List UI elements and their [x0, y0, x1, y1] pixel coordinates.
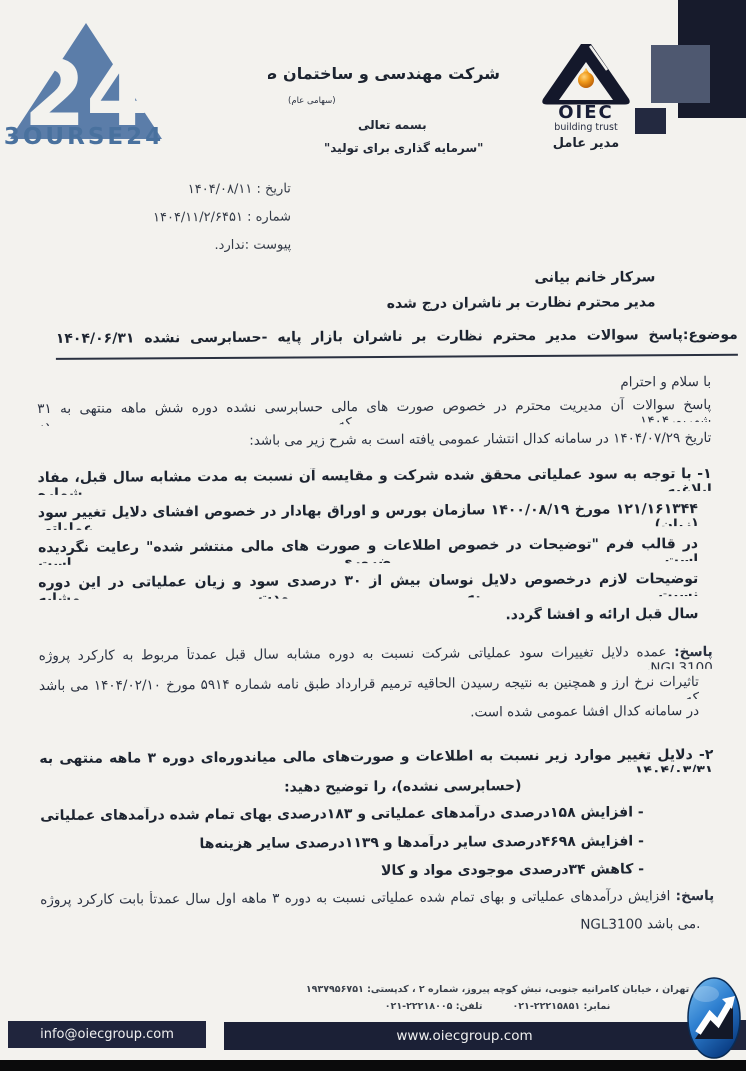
- answer-label: پاسخ:: [674, 644, 713, 660]
- recipient-title: مدیر محترم نظارت بر ناشران درج شده: [387, 294, 656, 312]
- letter-scan-page: 24 3OURSE24 شرکت مهندسی و ساختمان صنایع …: [0, 0, 746, 1071]
- question-2-line: (حسابرسی نشده)، را توضیح دهید:: [39, 777, 713, 806]
- footer-website-bar: www.oiecgroup.com: [224, 1022, 705, 1050]
- attachment-label: پیوست :: [245, 237, 292, 252]
- answer-1-line: تاثیرات نرخ ارز و همچنین به نتیجه رسیدن …: [39, 674, 713, 703]
- letter-date: تاریخ : ۱۴۰۴/۰۸/۱۱: [188, 181, 291, 197]
- answer-2-line: پاسخ: افزایش درآمدهای عملیاتی و بهای تما…: [40, 888, 714, 917]
- date-value: ۱۴۰۴/۰۸/۱۱: [188, 182, 253, 197]
- footer-fax: نمابر: ۰۲۱-۲۲۲۱۵۸۵۱: [512, 1001, 610, 1012]
- number-label: شماره :: [247, 209, 291, 224]
- letter-content: تاریخ : ۱۴۰۴/۰۸/۱۱ شماره : ۱۴۰۴/۱۱/۲/۶۴۵…: [0, 0, 746, 1071]
- footer-address: تهران ، خیابان کامرانیه جنوبی، نبش کوچه …: [285, 984, 710, 995]
- footer-email: info@oiecgroup.com: [40, 1027, 174, 1042]
- question-1-line: در قالب فرم "توضیحات در خصوص اطلاعات و ص…: [38, 536, 712, 565]
- question-2-bullet: - افزایش ۴۶۹۸درصدی سایر درآمدها و ۱۱۳۹در…: [40, 833, 714, 862]
- recipient-name: سرکار خانم بیانی: [534, 269, 655, 286]
- letter-attachment: پیوست :ندارد.: [214, 237, 291, 252]
- question-2-bullet: - کاهش ۳۴درصدی موجودی مواد و کالا: [40, 861, 714, 890]
- date-label: تاریخ :: [256, 181, 290, 196]
- footer-email-bar: info@oiecgroup.com: [8, 1021, 206, 1048]
- intro-line: تاریخ ۱۴۰۴/۰۷/۲۹ در سامانه کدال انتشار ع…: [37, 430, 711, 459]
- question-1-line: سال قبل ارائه و افشا گردد.: [38, 606, 712, 635]
- footer-website: www.oiecgroup.com: [396, 1028, 532, 1044]
- question-1-line: توضیحات لازم درخصوص دلایل نوسان بیش از ۳…: [38, 571, 712, 600]
- footer-phone: تلفن: ۰۲۱-۲۲۲۱۸۰۰۵: [385, 1001, 483, 1012]
- question-1-line: ۱- با توجه به سود عملیاتی محقق شده شرکت …: [38, 466, 712, 495]
- answer-2-line: NGL3100 می باشد.: [40, 916, 714, 945]
- question-1-line: ۱۲۱/۱۶۱۳۴۴ مورخ ۱۴۰۰/۰۸/۱۹ سازمان بورس و…: [38, 501, 712, 530]
- answer-label: پاسخ:: [676, 888, 715, 904]
- answer-1-line: در سامانه کدال افشا عمومی شده است.: [39, 703, 713, 732]
- footer-contact-line: نمابر: ۰۲۱-۲۲۲۱۵۸۵۱ تلفن: ۰۲۱-۲۲۲۱۸۰۰۵: [285, 1001, 710, 1012]
- letter-number: شماره : ۱۴۰۴/۱۱/۲/۶۴۵۱: [153, 209, 291, 225]
- answer-1-line: پاسخ: عمده دلایل تغییرات سود عملیاتی شرک…: [39, 644, 713, 673]
- attachment-value: ندارد.: [214, 238, 244, 253]
- scan-bottom-strip: [0, 1060, 746, 1071]
- subject-line: موضوع:پاسخ سوالات مدیر محترم نظارت بر نا…: [56, 327, 738, 360]
- intro-line: پاسخ سوالات آن مدیریت محترم در خصوص صورت…: [37, 397, 711, 426]
- question-2-bullet: - افزایش ۱۵۸درصدی درآمدهای عملیاتی و ۱۸۳…: [40, 804, 714, 833]
- bourse24-footer-icon: [687, 977, 741, 1059]
- number-value: ۱۴۰۴/۱۱/۲/۶۴۵۱: [153, 210, 243, 226]
- question-2-line: ۲- دلایل تغییر موارد زیر نسبت به اطلاعات…: [39, 747, 713, 776]
